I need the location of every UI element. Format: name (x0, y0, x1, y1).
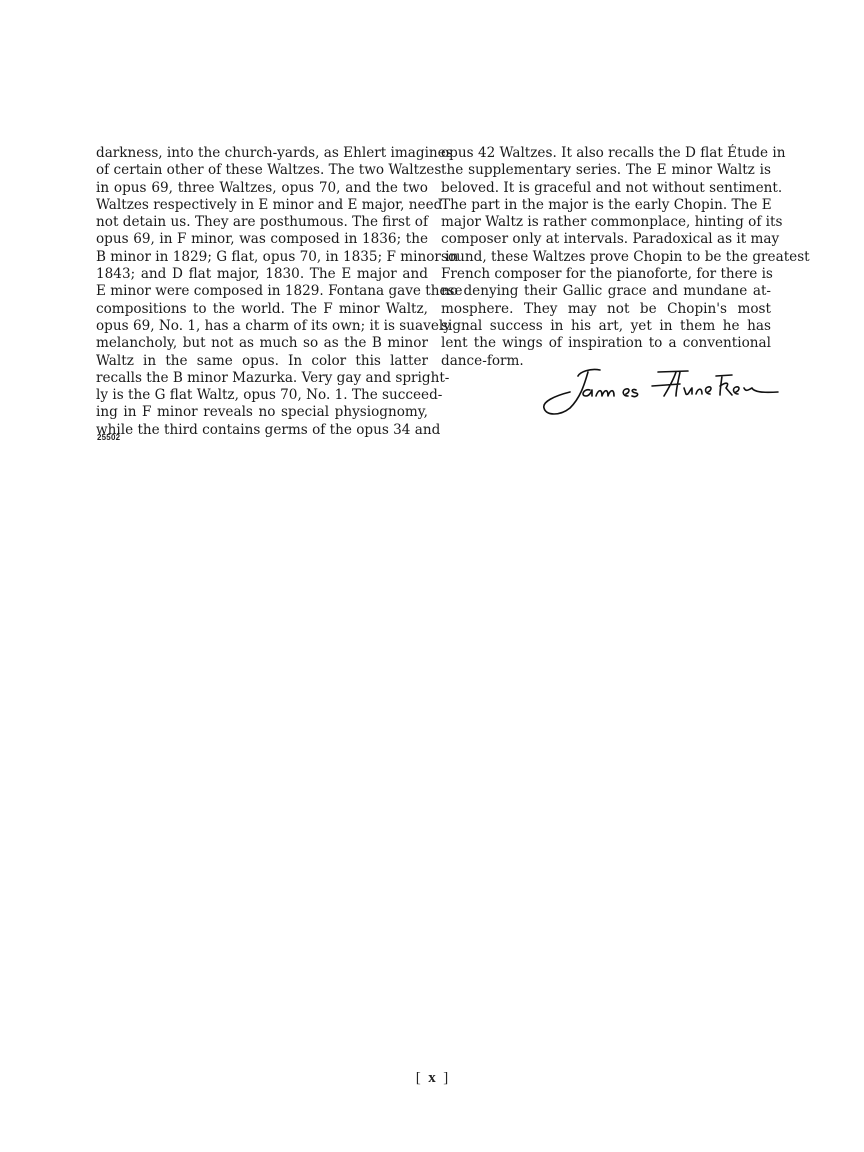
text-line: composer only at intervals. Paradoxical … (441, 231, 771, 248)
text-line: lent the wings of inspiration to a conve… (441, 335, 771, 352)
text-line: B minor in 1829; G flat, opus 70, in 183… (96, 249, 428, 266)
text-column-left: darkness, into the church-yards, as Ehle… (96, 145, 428, 439)
text-line: Waltz in the same opus. In color this la… (96, 353, 428, 370)
folio-numeral: x (428, 1070, 436, 1086)
text-line: opus 69, in F minor, was composed in 183… (96, 231, 428, 248)
text-line: in opus 69, three Waltzes, opus 70, and … (96, 180, 428, 197)
text-line: mosphere. They may not be Chopin's most (441, 301, 771, 318)
document-page: darkness, into the church-yards, as Ehle… (0, 0, 864, 1152)
text-line: of certain other of these Waltzes. The t… (96, 162, 428, 179)
text-line: darkness, into the church-yards, as Ehle… (96, 145, 428, 162)
text-line: not detain us. They are posthumous. The … (96, 214, 428, 231)
text-line: beloved. It is graceful and not without … (441, 180, 771, 197)
text-line: no denying their Gallic grace and mundan… (441, 283, 771, 300)
text-line: compositions to the world. The F minor W… (96, 301, 428, 318)
text-line: the supplementary series. The E minor Wa… (441, 162, 771, 179)
text-line: signal success in his art, yet in them h… (441, 318, 771, 335)
text-line: Waltzes respectively in E minor and E ma… (96, 197, 428, 214)
signature-james-huneker: James Huneker (540, 362, 790, 422)
folio-open-bracket: [ (416, 1070, 421, 1086)
text-line: while the third contains germs of the op… (96, 422, 428, 439)
text-line: opus 69, No. 1, has a charm of its own; … (96, 318, 428, 335)
text-line: E minor were composed in 1829. Fontana g… (96, 283, 428, 300)
text-line: ing in F minor reveals no special physio… (96, 404, 428, 421)
page-number: [ x ] (0, 1070, 864, 1087)
text-line: The part in the major is the early Chopi… (441, 197, 771, 214)
text-line: 1843; and D flat major, 1830. The E majo… (96, 266, 428, 283)
text-line: ly is the G flat Waltz, opus 70, No. 1. … (96, 387, 428, 404)
text-line: French composer for the pianoforte, for … (441, 266, 771, 283)
text-line: opus 42 Waltzes. It also recalls the D f… (441, 145, 771, 162)
text-line: major Waltz is rather commonplace, hinti… (441, 214, 771, 231)
text-column-right: opus 42 Waltzes. It also recalls the D f… (441, 145, 771, 370)
text-line: sound, these Waltzes prove Chopin to be … (441, 249, 771, 266)
text-line: melancholy, but not as much so as the B … (96, 335, 428, 352)
plate-number: 25502 (97, 433, 120, 442)
folio-close-bracket: ] (443, 1070, 448, 1086)
text-line: recalls the B minor Mazurka. Very gay an… (96, 370, 428, 387)
